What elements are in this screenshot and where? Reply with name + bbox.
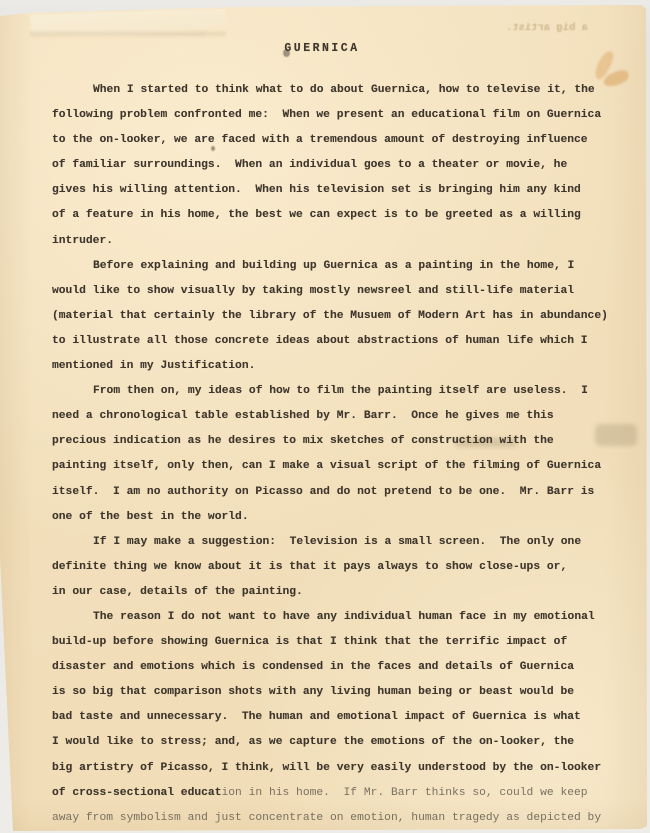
text-line: away from symbolism and just concentrate… xyxy=(52,806,612,831)
paper-sheet: a big artist. GUERNICA When I started to… xyxy=(0,0,650,833)
text-line: When I started to think what to do about… xyxy=(52,78,612,103)
text-line: of a feature in his home, the best we ca… xyxy=(52,203,612,228)
text-line: to illustrate all those concrete ideas a… xyxy=(52,329,612,354)
text-line: would like to show visually by taking mo… xyxy=(52,279,612,304)
text-line: If I may make a suggestion: Television i… xyxy=(52,530,612,555)
text-line: bad taste and unnecessary. The human and… xyxy=(52,705,612,730)
text-segment-dark: of cross-sectional educat xyxy=(52,787,221,799)
text-line: definite thing we know about it is that … xyxy=(52,555,612,580)
text-line: in our case, details of the painting. xyxy=(52,580,612,605)
text-line: itself. I am no authority on Picasso and… xyxy=(52,480,612,505)
document-body: When I started to think what to do about… xyxy=(52,78,612,831)
text-line: following problem confronted me: When we… xyxy=(52,103,612,128)
text-line: of familiar surroundings. When an indivi… xyxy=(52,153,612,178)
ghost-offset-text: a big artist. xyxy=(506,22,588,34)
text-line: precious indication as he desires to mix… xyxy=(52,429,612,454)
text-line: mentioned in my Justification. xyxy=(52,354,612,379)
text-line: to the on-looker, we are faced with a tr… xyxy=(52,128,612,153)
text-line: I would like to stress; and, as we captu… xyxy=(52,730,612,755)
text-line: The reason I do not want to have any ind… xyxy=(52,605,612,630)
text-line: build-up before showing Guernica is that… xyxy=(52,630,612,655)
text-line: gives his willing attention. When his te… xyxy=(52,178,612,203)
text-segment-faded: ion in his home. If Mr. Barr thinks so, … xyxy=(221,787,587,799)
document-title: GUERNICA xyxy=(0,42,644,55)
text-line: of cross-sectional education in his home… xyxy=(52,781,612,806)
text-line: disaster and emotions which is condensed… xyxy=(52,655,612,680)
text-line: intruder. xyxy=(52,229,612,254)
text-line: painting itself, only then, can I make a… xyxy=(52,454,612,479)
text-line: big artistry of Picasso, I think, will b… xyxy=(52,756,612,781)
text-line: Before explaining and building up Guerni… xyxy=(52,254,612,279)
text-line: is so big that comparison shots with any… xyxy=(52,680,612,705)
text-line: (material that certainly the library of … xyxy=(52,304,612,329)
text-line: one of the best in the world. xyxy=(52,505,612,530)
text-line: need a chronological table established b… xyxy=(52,404,612,429)
text-line: From then on, my ideas of how to film th… xyxy=(52,379,612,404)
paper-corner-flap-shadow xyxy=(30,32,226,38)
